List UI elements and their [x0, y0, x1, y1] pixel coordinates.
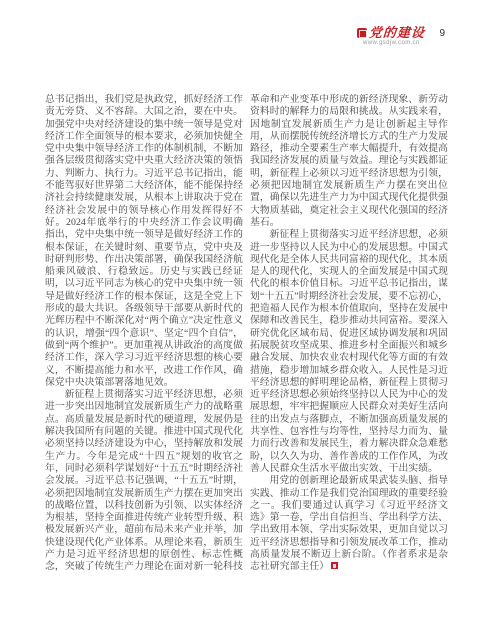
- paragraph: 总书记指出，我们党是执政党，抓好经济工作责无旁贷、义不容辞。大国之治，要在中央。…: [45, 94, 243, 389]
- brand-url: www.gsdjw.com.cn: [363, 40, 420, 46]
- paragraph-text: 革命和产业变革中形成的新经济现象、新劳动资料时的解释力的局限和挑战。从实践来看，…: [250, 94, 448, 228]
- brand-seal-icon: [357, 28, 367, 38]
- magazine-page: 党的建设 www.gsdjw.com.cn 9 总书记指出，我们党是执政党，抓好…: [0, 0, 485, 640]
- page-number: 9: [439, 28, 445, 45]
- paragraph: 用党的创新理论最新成果武装头脑、指导实践、推动工作是我们党治国理政的重要经验之一…: [250, 475, 448, 573]
- brand-block: 党的建设 www.gsdjw.com.cn: [357, 26, 425, 46]
- paragraph-text: 新征程上贯彻落实习近平经济思想，必须进一步突出因地制宜发展新质生产力的战略重点。…: [45, 389, 243, 572]
- paragraph: 革命和产业变革中形成的新经济现象、新劳动资料时的解释力的局限和挑战。从实践来看，…: [250, 94, 448, 229]
- paragraph-text: 用党的创新理论最新成果武装头脑、指导实践、推动工作是我们党治国理政的重要经验之一…: [250, 475, 448, 572]
- masthead: 党的建设 www.gsdjw.com.cn 9: [357, 26, 445, 46]
- paragraph-text: 总书记指出，我们党是执政党，抓好经济工作责无旁贷、义不容辞。大国之治，要在中央。…: [45, 94, 243, 388]
- brand-title: 党的建设: [369, 26, 426, 39]
- right-column: 革命和产业变革中形成的新经济现象、新劳动资料时的解释力的局限和挑战。从实践来看，…: [250, 94, 448, 594]
- paragraph-text: 新征程上贯彻落实习近平经济思想，必须进一步坚持以人民为中心的发展思想。中国式现代…: [250, 229, 448, 474]
- paragraph: 新征程上贯彻落实习近平经济思想，必须进一步坚持以人民为中心的发展思想。中国式现代…: [250, 229, 448, 475]
- article-end-mark-icon: [331, 562, 338, 569]
- paragraph: 新征程上贯彻落实习近平经济思想，必须进一步突出因地制宜发展新质生产力的战略重点。…: [45, 389, 243, 573]
- left-column: 总书记指出，我们党是执政党，抓好经济工作责无旁贷、义不容辞。大国之治，要在中央。…: [45, 94, 243, 594]
